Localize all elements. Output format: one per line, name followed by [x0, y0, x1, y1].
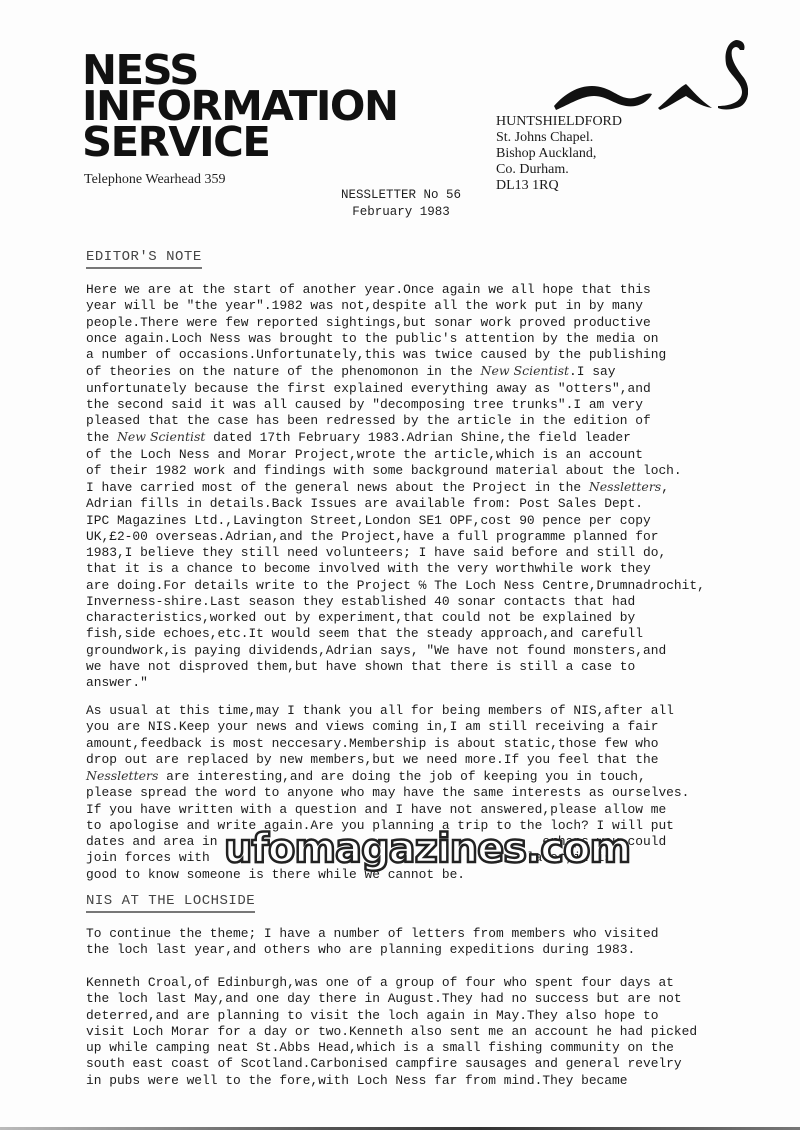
text-line: unfortunately because the first explaine… — [86, 381, 705, 397]
text-line: answer." — [86, 675, 705, 691]
telephone-number: Telephone Wearhead 359 — [84, 172, 225, 188]
address-line: St. Johns Chapel. — [496, 130, 622, 146]
lochside-paragraph-1: To continue the theme; I have a number o… — [86, 926, 658, 959]
text-line: UK,£2-00 overseas.Adrian,and the Project… — [86, 529, 705, 545]
text-line: people.There were few reported sightings… — [86, 315, 705, 331]
text-line: To continue the theme; I have a number o… — [86, 926, 658, 942]
text-line: south east coast of Scotland.Carbonised … — [86, 1056, 697, 1072]
text-line: Here we are at the start of another year… — [86, 282, 705, 298]
publication-title: New Scientist — [481, 363, 569, 378]
text-line: of theories on the nature of the phenomo… — [86, 363, 705, 380]
text-line: that it is a chance to become involved w… — [86, 561, 705, 577]
text-line: Inverness-shire.Last season they establi… — [86, 594, 705, 610]
editors-note-paragraph-1: Here we are at the start of another year… — [86, 282, 705, 691]
loch-ness-monster-humps-icon — [548, 30, 748, 110]
text-line: If you have written with a question and … — [86, 802, 689, 818]
address-line: DL13 1RQ — [496, 178, 622, 194]
text-line: Adrian fills in details.Back Issues are … — [86, 496, 705, 512]
text-line: are doing.For details write to the Proje… — [86, 578, 705, 594]
text-line: year will be "the year".1982 was not,des… — [86, 298, 705, 314]
publication-title: Nessletters — [86, 768, 158, 783]
text-line: 1983,I believe they still need volunteer… — [86, 545, 705, 561]
text-line: the second said it was all caused by "de… — [86, 397, 705, 413]
publication-title: New Scientist — [117, 429, 205, 444]
text-line: please spread the word to anyone who may… — [86, 785, 689, 801]
text-line: up while camping neat St.Abbs Head,which… — [86, 1040, 697, 1056]
text-line: IPC Magazines Ltd.,Lavington Street,Lond… — [86, 513, 705, 529]
section-heading-editors-note: EDITOR'S NOTE — [86, 249, 202, 269]
newsletter-page: NESS INFORMATION SERVICE Telephone Wearh… — [0, 0, 800, 1130]
text-line: a number of occasions.Unfortunately,this… — [86, 347, 705, 363]
address-line: HUNTSHIELDFORD — [496, 114, 622, 130]
text-line: Kenneth Croal,of Edinburgh,was one of a … — [86, 975, 697, 991]
text-line: groundwork,is paying dividends,Adrian sa… — [86, 643, 705, 659]
text-line: once again.Loch Ness was brought to the … — [86, 331, 705, 347]
publication-title: Nessletters — [589, 479, 661, 494]
text-line: amount,feedback is most neccesary.Member… — [86, 736, 689, 752]
text-line: drop out are replaced by new members,but… — [86, 752, 689, 768]
text-line: deterred,and are planning to visit the l… — [86, 1008, 697, 1024]
issue-date: February 1983 — [326, 204, 476, 221]
postal-address: HUNTSHIELDFORD St. Johns Chapel. Bishop … — [496, 114, 622, 194]
text-line: pleased that the case has been redressed… — [86, 413, 705, 429]
text-line: I have carried most of the general news … — [86, 479, 705, 496]
text-line: As usual at this time,may I thank you al… — [86, 703, 689, 719]
text-line: we have not disproved them,but have show… — [86, 659, 705, 675]
text-line: Nessletters are interesting,and are doin… — [86, 768, 689, 785]
section-heading-nis-at-the-lochside: NIS AT THE LOCHSIDE — [86, 893, 255, 913]
text-line: visit Loch Morar for a day or two.Kennet… — [86, 1024, 697, 1040]
text-line: the loch last May,and one day there in A… — [86, 991, 697, 1007]
text-line: of the Loch Ness and Morar Project,wrote… — [86, 447, 705, 463]
text-line: the loch last year,and others who are pl… — [86, 942, 658, 958]
text-line: you are NIS.Keep your news and views com… — [86, 719, 689, 735]
address-line: Co. Durham. — [496, 162, 622, 178]
text-line: the New Scientist dated 17th February 19… — [86, 429, 705, 446]
issue-info: NESSLETTER No 56 February 1983 — [326, 187, 476, 221]
issue-title: NESSLETTER No 56 — [326, 187, 476, 204]
text-line: in pubs were well to the fore,with Loch … — [86, 1073, 697, 1089]
lochside-paragraph-2: Kenneth Croal,of Edinburgh,was one of a … — [86, 975, 697, 1089]
watermark: ufomagazines.com — [224, 826, 630, 872]
text-line: of their 1982 work and findings with som… — [86, 463, 705, 479]
masthead-title: NESS INFORMATION SERVICE — [82, 52, 397, 160]
text-line: fish,side echoes,etc.It would seem that … — [86, 626, 705, 642]
text-line: characteristics,worked out by experiment… — [86, 610, 705, 626]
address-line: Bishop Auckland, — [496, 146, 622, 162]
